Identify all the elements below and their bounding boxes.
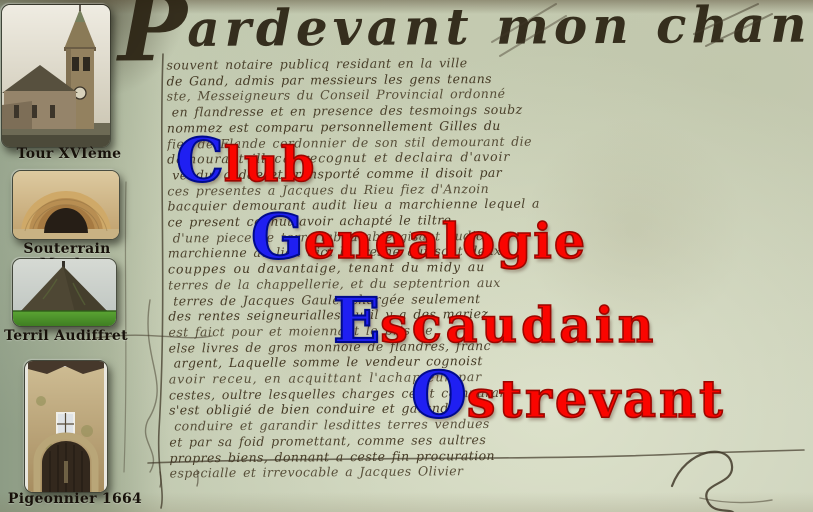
caption-tour-xvieme: Tour XVIème [0,147,138,162]
title-word-club: Club [176,126,316,196]
manuscript-heading: Pardevant mon chan [118,0,813,64]
thumbnail-terril-audiffret[interactable] [12,258,117,327]
title-word-ostrevant: Ostrevant [411,358,726,433]
underground-arch-photo [13,171,119,239]
manuscript-heading-initial: P [118,0,188,82]
title-word-escaudain: Escaudain [333,284,657,357]
title-word-escaudain-initial: E [333,284,380,357]
caption-pigeonnier-1664: Pigeonnier 1664 [0,492,150,507]
thumbnail-pigeonnier-1664[interactable] [24,360,108,493]
church-tower-photo [2,5,110,147]
caption-terril-audiffret: Terril Audiffret [0,329,132,344]
title-word-escaudain-rest: scaudain [380,296,657,354]
title-word-genealogie-rest: enealogie [304,212,587,270]
dovecote-photo [25,361,107,492]
page: souvent notaire publicq residant en la v… [0,0,813,512]
slag-heap-photo [13,259,116,326]
thumbnail-souterrain-muche[interactable] [12,170,120,240]
title-word-club-initial: C [176,126,224,196]
manuscript-heading-text: ardevant mon chan [187,0,812,58]
title-word-genealogie: Genealogie [251,200,587,273]
title-word-club-rest: lub [224,137,317,193]
title-word-genealogie-initial: G [251,200,304,273]
thumbnail-tour-xvieme[interactable] [1,4,111,148]
title-word-ostrevant-rest: strevant [467,370,726,430]
title-word-ostrevant-initial: O [411,358,467,433]
